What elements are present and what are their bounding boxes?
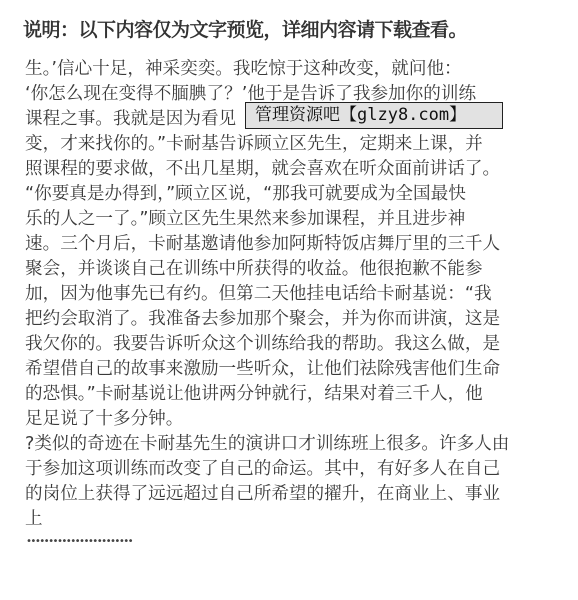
text-line: 生。’信心十足，神采奕奕。我吃惊于这种改变，就问他： bbox=[25, 57, 550, 82]
text-line: “你要真是办得到，”顾立区说，“那我可就要成为全国最快 bbox=[25, 182, 550, 207]
preview-notice: 说明：以下内容仅为文字预览，详细内容请下载查看。 bbox=[23, 16, 467, 44]
text-line: ?类似的奇迹在卡耐基先生的演讲口才训练班上很多。许多人由 bbox=[25, 432, 550, 457]
text-line: 上 bbox=[25, 507, 550, 532]
text-line: 乐的人之一了。”顾立区先生果然来参加课程，并且进步神 bbox=[25, 207, 550, 232]
text-line: 我欠你的。我要告诉听众这个训练给我的帮助。我这么做，是 bbox=[25, 332, 550, 357]
text-line: 变，才来找你的。”卡耐基告诉顾立区先生，定期来上课，并 bbox=[25, 132, 550, 157]
text-line: 于参加这项训练而改变了自己的命运。其中，有好多人在自己 bbox=[25, 457, 550, 482]
ellipsis-divider: •••••••••••••••••••••••• bbox=[26, 536, 132, 547]
text-line: 的岗位上获得了远远超过自己所希望的擢升，在商业上、事业 bbox=[25, 482, 550, 507]
text-line: 速。三个月后，卡耐基邀请他参加阿斯特饭店舞厅里的三千人 bbox=[25, 232, 550, 257]
text-line: 加，因为他事先已有约。但第二天他挂电话给卡耐基说：“我 bbox=[25, 282, 550, 307]
text-line: 把约会取消了。我准备去参加那个聚会，并为你而讲演，这是 bbox=[25, 307, 550, 332]
text-line: 聚会，并谈谈自己在训练中所获得的收益。他很抱歉不能参 bbox=[25, 257, 550, 282]
text-line: 足足说了十多分钟。 bbox=[25, 407, 550, 432]
watermark-banner: 管理资源吧【glzy8.com】 bbox=[245, 102, 503, 129]
text-line: 照课程的要求做，不出几星期，就会喜欢在听众面前讲话了。 bbox=[25, 157, 550, 182]
text-line: 希望借自己的故事来激励一些听众，让他们祛除残害他们生命 bbox=[25, 357, 550, 382]
text-line: 的恐惧。”卡耐基说让他讲两分钟就行，结果对着三千人，他 bbox=[25, 382, 550, 407]
